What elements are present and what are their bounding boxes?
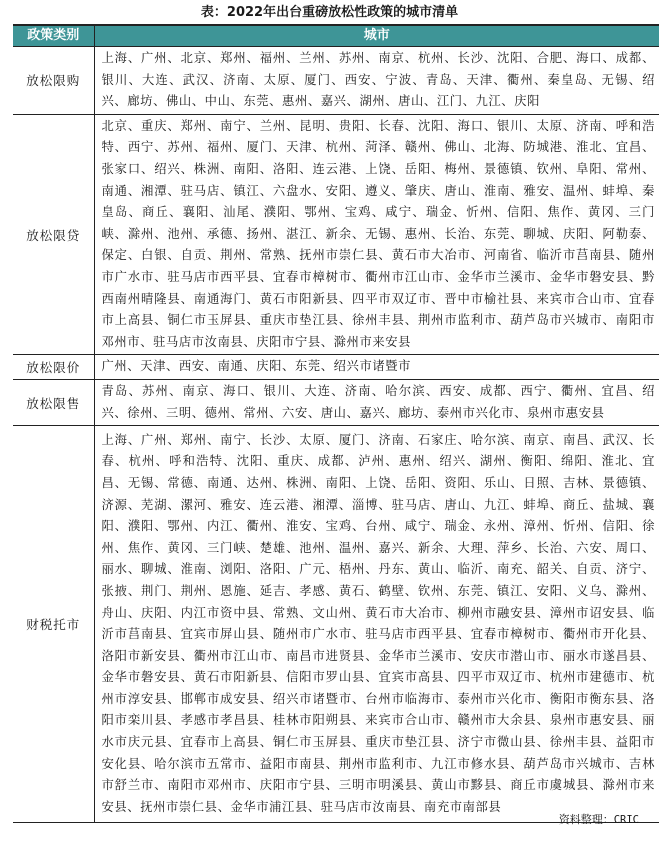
row-cities: 上海、广州、北京、郑州、福州、兰州、苏州、南京、杭州、长沙、沈阳、合肥、海口、成… bbox=[94, 47, 659, 115]
header-cities: 城市 bbox=[94, 25, 659, 47]
row-cities: 上海、广州、郑州、南宁、长沙、太原、厦门、济南、石家庄、哈尔滨、南京、南昌、武汉… bbox=[94, 426, 659, 823]
source-note: 资料整理：CRIC bbox=[559, 812, 639, 828]
row-cities: 广州、天津、西安、南通、庆阳、东莞、绍兴市诸暨市 bbox=[94, 355, 659, 380]
table-row: 放松限贷 北京、重庆、郑州、南宁、兰州、昆明、贵阳、长春、沈阳、海口、银川、太原… bbox=[13, 114, 659, 355]
policy-city-table: 政策类别 城市 放松限购 上海、广州、北京、郑州、福州、兰州、苏州、南京、杭州、… bbox=[13, 24, 659, 823]
table-header-row: 政策类别 城市 bbox=[13, 25, 659, 47]
table-row: 放松限购 上海、广州、北京、郑州、福州、兰州、苏州、南京、杭州、长沙、沈阳、合肥… bbox=[13, 47, 659, 115]
row-cities: 青岛、苏州、南京、海口、银川、大连、济南、哈尔滨、西安、成都、西宁、衢州、宜昌、… bbox=[94, 379, 659, 425]
row-cities: 北京、重庆、郑州、南宁、兰州、昆明、贵阳、长春、沈阳、海口、银川、太原、济南、呼… bbox=[94, 114, 659, 355]
row-category: 放松限价 bbox=[13, 355, 94, 380]
table-row: 放松限价 广州、天津、西安、南通、庆阳、东莞、绍兴市诸暨市 bbox=[13, 355, 659, 380]
table-title: 表：2022年出台重磅放松性政策的城市清单 bbox=[0, 2, 659, 24]
row-category: 财税托市 bbox=[13, 426, 94, 823]
table-row: 放松限售 青岛、苏州、南京、海口、银川、大连、济南、哈尔滨、西安、成都、西宁、衢… bbox=[13, 379, 659, 425]
header-category: 政策类别 bbox=[13, 25, 94, 47]
source-label: 资料整理： bbox=[559, 813, 614, 826]
table-row: 财税托市 上海、广州、郑州、南宁、长沙、太原、厦门、济南、石家庄、哈尔滨、南京、… bbox=[13, 426, 659, 823]
row-category: 放松限售 bbox=[13, 379, 94, 425]
row-category: 放松限贷 bbox=[13, 114, 94, 355]
source-value: CRIC bbox=[614, 814, 639, 826]
row-category: 放松限购 bbox=[13, 47, 94, 115]
